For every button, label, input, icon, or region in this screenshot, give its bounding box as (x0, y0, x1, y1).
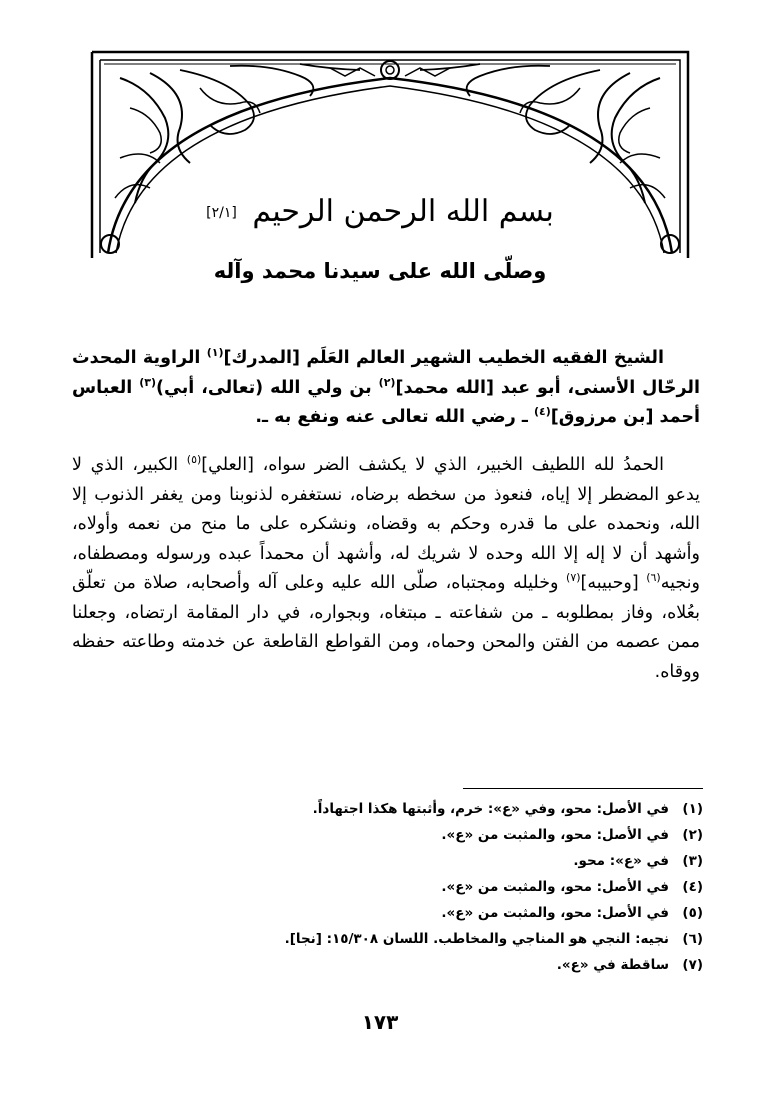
footnote-number: (٢) (669, 822, 703, 848)
footnote-text: ساقطة في «ع». (557, 957, 669, 973)
footnote-text: نجيه: النجي هو المناجي والمخاطب. اللسان … (285, 931, 669, 947)
manuscript-folio-ref: [٢/١] (206, 205, 237, 221)
footnote-ref-4[interactable]: (٤) (534, 405, 551, 418)
main-text: [وحبيبه] (581, 573, 647, 593)
intro-text: الرحّال الأسنى، أبو عبد [الله محمد] (395, 378, 700, 398)
footnote-ref-5[interactable]: (٥) (187, 453, 202, 466)
footnote-ref-6[interactable]: (٦) (646, 571, 661, 584)
salawat-line: وصلّى الله على سيدنا محمد وآله (0, 256, 760, 286)
footnote-6: (٦)نجيه: النجي هو المناجي والمخاطب. اللس… (200, 926, 703, 952)
footnote-ref-1[interactable]: (١) (207, 346, 224, 359)
footnote-ref-2[interactable]: (٢) (379, 376, 396, 389)
basmala-heading: بسم الله الرحمن الرحيم [٢/١] (0, 192, 760, 233)
footnote-number: (٦) (669, 926, 703, 952)
main-text: الحمدُ لله اللطيف الخبير، الذي لا يكشف ا… (201, 455, 664, 475)
footnote-number: (٤) (669, 874, 703, 900)
main-paragraph: الحمدُ لله اللطيف الخبير، الذي لا يكشف ا… (72, 451, 700, 687)
footnote-number: (٣) (669, 848, 703, 874)
footnote-divider (463, 788, 703, 789)
footnote-number: (٧) (669, 952, 703, 978)
footnotes: (١)في الأصل: محو، وفي «ع»: خرم، وأثبتها … (200, 796, 703, 978)
footnote-1: (١)في الأصل: محو، وفي «ع»: خرم، وأثبتها … (200, 796, 703, 822)
footnote-7: (٧)ساقطة في «ع». (200, 952, 703, 978)
footnote-text: في «ع»: محو. (573, 853, 669, 869)
intro-text: الراوية المحدث (72, 348, 207, 368)
intro-text: ـ رضي الله تعالى عنه ونفع به ـ. (255, 407, 534, 427)
footnote-text: في الأصل: محو، وفي «ع»: خرم، وأثبتها هكذ… (313, 801, 669, 817)
footnote-ref-7[interactable]: (٧) (566, 571, 581, 584)
intro-paragraph: الشيخ الفقيه الخطيب الشهير العالم العَلَ… (72, 344, 700, 433)
page-number: ١٧٣ (0, 1010, 760, 1034)
footnote-number: (١) (669, 796, 703, 822)
intro-text: بن ولي الله (تعالى، أبي) (156, 378, 379, 398)
footnote-2: (٢)في الأصل: محو، والمثبت من «ع». (200, 822, 703, 848)
footnote-ref-3[interactable]: (٣) (139, 376, 156, 389)
footnote-text: في الأصل: محو، والمثبت من «ع». (441, 905, 669, 921)
footnote-number: (٥) (669, 900, 703, 926)
footnote-text: في الأصل: محو، والمثبت من «ع». (441, 879, 669, 895)
footnote-5: (٥)في الأصل: محو، والمثبت من «ع». (200, 900, 703, 926)
book-page: بسم الله الرحمن الرحيم [٢/١] وصلّى الله … (0, 0, 760, 1118)
footnote-text: في الأصل: محو، والمثبت من «ع». (441, 827, 669, 843)
intro-text: الشيخ الفقيه الخطيب الشهير العالم العَلَ… (224, 348, 664, 368)
footnote-3: (٣)في «ع»: محو. (200, 848, 703, 874)
basmala-text: بسم الله الرحمن الرحيم (252, 194, 554, 229)
footnote-4: (٤)في الأصل: محو، والمثبت من «ع». (200, 874, 703, 900)
